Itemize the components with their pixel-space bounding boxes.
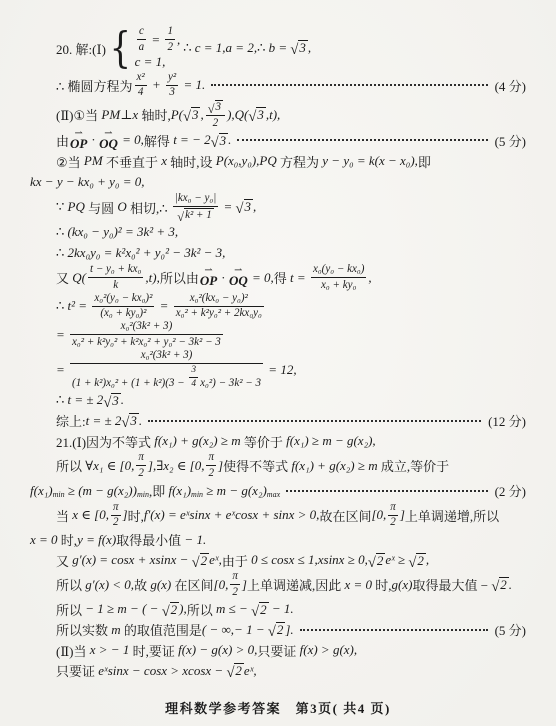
radical-sign-icon: √ — [192, 557, 200, 569]
math-run: 2 — [208, 468, 214, 480]
math-run: x₀ + ky₀ — [321, 280, 356, 292]
score-label: (5 分) — [495, 620, 526, 639]
math-run: · — [218, 270, 228, 286]
sqrt-radical: √3 — [208, 100, 223, 113]
fraction-numerator: π — [388, 502, 398, 514]
text-run: 所以 — [56, 600, 85, 619]
text-run: 在区间 — [171, 575, 213, 594]
radicand: 2 — [170, 602, 180, 617]
text-run: ②当 — [56, 152, 84, 171]
q20-tangency: ∵ PQ 与圆 O 相切,∴ |kx₀ − y₀|√k² + 1 = √3, — [30, 193, 526, 222]
math-run: eˣ, — [209, 552, 222, 568]
text-run: 时, — [372, 575, 392, 594]
text-run: 轴时,设 — [167, 152, 216, 171]
text-run: 又 — [56, 268, 72, 287]
math-run: x₀(y₀ − kx₀) — [313, 264, 364, 276]
sqrt-radical: √2 — [226, 663, 243, 678]
text-run: 取得最大值 − — [412, 575, 491, 594]
q21-forall-exists: 所以 ∀x₁ ∈ [0,π2],∃x₂ ∈ [0,π2]使得不等式 f(x₁) … — [30, 452, 526, 479]
math-run: . — [228, 132, 231, 148]
radicand: k² + 1 — [184, 208, 214, 221]
math-run: 2 — [171, 602, 178, 617]
radical-sign-icon: √ — [236, 203, 244, 215]
text-run: 所以实数 — [56, 620, 111, 639]
vector-name: OQ — [99, 137, 118, 151]
score-label: (4 分) — [495, 76, 526, 95]
radical-sign-icon: √ — [226, 667, 234, 679]
text-run: ∴ — [56, 298, 68, 314]
math-run: Q( — [72, 270, 86, 286]
math-run: = — [148, 32, 163, 48]
text-run: 只要证 — [257, 641, 299, 660]
dotted-leader — [148, 420, 481, 422]
radicand: 3 — [191, 107, 201, 122]
math-run: 3 — [299, 40, 306, 55]
math-run: . — [121, 392, 124, 408]
math-run: = — [156, 298, 171, 314]
fraction-numerator: |kx₀ − y₀| — [173, 193, 218, 205]
math-run: f′(x) = eˣsinx + eˣcosx + sinx > 0, — [144, 507, 320, 523]
radicand: 2 — [259, 602, 269, 617]
score-label: (12 分) — [488, 411, 526, 430]
math-run: t = ± 2 — [86, 413, 122, 429]
math-run: x₀² + k²y₀² + 2kx₀y₀ — [176, 308, 262, 320]
q20-t-value: ∴ t = ± 2√3. — [30, 391, 526, 410]
math-run: , — [177, 32, 180, 48]
vector-name: OP — [200, 274, 217, 288]
math-run: 1 — [167, 26, 173, 38]
text-run: 综上: — [56, 411, 86, 430]
q21-f-derivative: 当 x ∈ [0,π2]时,f′(x) = eˣsinx + eˣcosx + … — [30, 502, 526, 529]
math-run: 2 — [377, 553, 384, 568]
fraction-denominator: x₀² + k²y₀² + k²x₀² + y₀² − 3k² − 3 — [70, 337, 223, 349]
math-run: PM — [84, 153, 103, 169]
math-run: f(x₁) + g(x₂) ≥ m — [154, 433, 240, 449]
math-run: − 1. — [269, 601, 294, 617]
math-run: 2 — [213, 118, 219, 130]
fraction-numerator: t − y₀ + kx₀ — [88, 264, 143, 276]
q20-t-squared-2: = x₀²(3k² + 3)x₀² + k²y₀² + k²x₀² + y₀² … — [30, 321, 526, 348]
math-fraction: √32 — [206, 100, 225, 129]
math-run: 3 — [216, 101, 222, 113]
vector-term: ⇀OP — [200, 268, 217, 288]
text-run: 所以由 — [160, 268, 199, 287]
math-run: g′(x) < 0, — [85, 577, 134, 593]
fraction-numerator: x₀²(y₀ − kx₀)² — [92, 293, 154, 305]
math-run: = 0, — [119, 132, 144, 148]
math-run: g(x) — [392, 577, 413, 593]
math-run: ,t), — [145, 270, 159, 286]
score-label: (2 分) — [495, 481, 526, 500]
math-run: 3 — [192, 107, 199, 122]
math-run: x > − 1 — [90, 642, 130, 658]
fraction-bar — [165, 39, 175, 40]
math-run: , — [253, 199, 256, 215]
sqrt-radical: √2 — [192, 553, 209, 568]
text-run: 由于 — [222, 551, 251, 570]
vector-term: ⇀OP — [70, 131, 87, 151]
fraction-denominator: 2 — [211, 118, 221, 130]
sqrt-radical: √3 — [183, 107, 200, 122]
q20-t-squared-1: ∴ t² = x₀²(y₀ − kx₀)²(x₀ + ky₀)² = x₀²(k… — [30, 293, 526, 320]
sqrt-radical: √2 — [251, 602, 268, 617]
cases-row: ca = 12, — [135, 26, 181, 53]
subscript: min — [191, 490, 203, 499]
radical-sign-icon: √ — [251, 606, 259, 618]
q21-f-min: x = 0 时,y = f(x)取得最小值 − 1. — [30, 530, 526, 549]
math-run: m ≤ − — [216, 601, 251, 617]
sqrt-radical: √3 — [290, 40, 307, 55]
text-run: 故 — [134, 575, 150, 594]
fraction-denominator: 2 — [165, 42, 175, 54]
fraction-denominator: 4 — [189, 380, 198, 390]
radical-sign-icon: √ — [248, 111, 256, 123]
vector-term: ⇀OQ — [229, 268, 248, 288]
math-run: 2 — [235, 663, 242, 678]
fraction-denominator: 4 — [136, 87, 146, 99]
fraction-denominator: 2 — [206, 468, 216, 480]
math-fraction: 12 — [165, 26, 175, 53]
fraction-bar — [189, 377, 198, 378]
math-run: 3 — [130, 413, 137, 428]
math-run: 2kx₀y₀ = k²x₀² + y₀² − 3k² − 3, — [68, 245, 226, 261]
math-fraction: x₀²(kx₀ − y₀)²x₀² + k²y₀² + 2kx₀y₀ — [174, 293, 264, 320]
text-run: ∴ — [56, 392, 68, 408]
text-run: 当 — [56, 506, 72, 525]
text-run: 轴时, — [138, 105, 171, 124]
math-run: c — [139, 26, 144, 38]
fraction-bar — [311, 277, 366, 278]
math-run: 2 — [167, 42, 173, 54]
score-label: (5 分) — [495, 131, 526, 150]
dotted-leader — [286, 490, 487, 492]
math-run: x₀² + k²y₀² + k²x₀² + y₀² − 3k² − 3 — [72, 337, 221, 349]
math-run: [0, — [214, 577, 229, 593]
dotted-leader — [300, 629, 488, 631]
vector-term: ⇀OQ — [99, 131, 118, 151]
text-run: ∴ — [257, 40, 269, 56]
text-run: 解得 — [144, 131, 173, 150]
subscript: max — [267, 490, 280, 499]
math-run: = — [56, 327, 68, 343]
math-run: 2 — [417, 553, 424, 568]
text-run: 上单调递增,所以 — [405, 506, 499, 525]
math-run: y − y₀ = k(x − x₀), — [322, 153, 418, 169]
radical-sign-icon: √ — [183, 111, 191, 123]
text-run: ∵ — [56, 199, 68, 215]
text-run: ,即 — [149, 481, 169, 500]
sqrt-radical: √3 — [248, 107, 265, 122]
fraction-numerator: x₀²(3k² + 3) — [119, 321, 175, 333]
text-run: 得 — [274, 268, 290, 287]
math-run: , — [200, 107, 203, 123]
math-run: PM — [101, 107, 120, 123]
math-fraction: |kx₀ − y₀|√k² + 1 — [173, 193, 218, 222]
sqrt-radical: √2 — [268, 622, 285, 637]
exam-answer-sheet: 20. 解:(Ⅰ){ca = 12,c = 1,∴ c = 1,a = 2,∴ … — [0, 0, 556, 726]
math-run: 3 — [220, 133, 227, 148]
math-run: eˣ, — [244, 663, 257, 679]
page-footer: 理科数学参考答案 第3页( 共4 页) — [0, 698, 556, 717]
math-run: π — [232, 571, 238, 583]
fraction-bar — [70, 363, 263, 364]
radical-sign-icon: √ — [208, 104, 215, 115]
math-run: ]. — [285, 622, 293, 638]
text-run: 上单调递减,因此 — [247, 575, 345, 594]
math-fraction: π2 — [230, 571, 240, 598]
math-run: 2 — [277, 622, 284, 637]
math-run: P( — [171, 107, 183, 123]
radicand: 2 — [376, 553, 386, 568]
math-run: c = 1,a = 2, — [195, 40, 257, 56]
q20-conclusion: 综上:t = ± 2√3.(12 分) — [30, 411, 526, 430]
math-run: ],∃x₂ ∈ [0, — [148, 458, 205, 474]
math-run: π — [138, 452, 144, 464]
subscript: min — [53, 490, 65, 499]
math-fraction: π2 — [388, 502, 398, 529]
math-run: ≥ m − g(x₂) — [203, 483, 267, 499]
radical-sign-icon: √ — [368, 557, 376, 569]
math-run: . — [139, 413, 142, 429]
math-fraction: x₀²(3k² + 3)(1 + k²)x₀² + (1 + k²)(3 − 3… — [70, 350, 263, 389]
math-run: . — [509, 577, 512, 593]
text-run: 的取值范围是 — [121, 620, 202, 639]
text-run: ⊥ — [120, 107, 132, 123]
fraction-denominator: (1 + k²)x₀² + (1 + k²)(3 − 34x₀²) − 3k² … — [70, 366, 263, 390]
text-run: 相切,∴ — [127, 198, 171, 217]
math-run: ( − ∞,− 1 − — [202, 622, 268, 638]
text-run: 方程为 — [277, 152, 323, 171]
fraction-denominator: k — [111, 280, 120, 292]
math-run: − 1 ≥ m − ( − — [85, 601, 161, 617]
radicand: 3 — [244, 199, 254, 214]
math-run: π — [113, 502, 119, 514]
sqrt-radical: √3 — [211, 133, 228, 148]
q20-case1-result: 由⇀OP · ⇀OQ = 0,解得 t = − 2√3.(5 分) — [30, 131, 526, 151]
math-run: f(x) > g(x), — [300, 642, 358, 658]
math-run: 3 — [112, 393, 119, 408]
math-run: = 1. — [180, 77, 205, 93]
math-run: P(x₀,y₀),PQ — [216, 153, 277, 169]
q20-part2-case2: ②当 PM 不垂直于 x 轴时,设 P(x₀,y₀),PQ 方程为 y − y₀… — [30, 152, 526, 171]
math-run: y = f(x) — [77, 532, 116, 548]
sqrt-radical: √2 — [491, 577, 508, 592]
math-run: 3 — [169, 87, 175, 99]
math-run: 2 — [390, 517, 396, 529]
sqrt-radical: √k² + 1 — [177, 208, 214, 221]
radicand: 2 — [276, 622, 286, 637]
q20-part1-given: 20. 解:(Ⅰ){ca = 12,c = 1,∴ c = 1,a = 2,∴ … — [30, 26, 526, 70]
math-run: t² = — [68, 298, 91, 314]
math-run: g(x) — [150, 577, 171, 593]
text-run: 时, — [128, 506, 144, 525]
text-run: (Ⅱ)当 — [56, 641, 90, 660]
radical-sign-icon: √ — [211, 137, 219, 149]
math-run: t = ± 2 — [68, 392, 104, 408]
math-run: 2 — [500, 577, 507, 592]
math-run: 3 — [191, 366, 196, 376]
math-run: 4 — [191, 380, 196, 390]
math-run: 2 — [201, 553, 208, 568]
cases-row: c = 1, — [135, 54, 166, 70]
math-run: ≥ (m − g(x₂)) — [65, 483, 137, 499]
math-run: PQ — [68, 199, 85, 215]
math-run: k² + 1 — [185, 209, 212, 221]
fraction-denominator: 2 — [388, 517, 398, 529]
radicand: 3 — [256, 107, 266, 122]
cases-rows: ca = 12,c = 1, — [135, 26, 181, 70]
radicand: 3 — [111, 393, 121, 408]
math-run: x ∈ [0, — [72, 507, 109, 523]
q21-min-max: f(x₁)min ≥ (m − g(x₂))min,即 f(x₁)min ≥ m… — [30, 481, 526, 500]
math-run: f(x₁) — [30, 483, 53, 499]
q20-t-squared-3: = x₀²(3k² + 3)(1 + k²)x₀² + (1 + k²)(3 −… — [30, 350, 526, 389]
math-fraction: x₀²(3k² + 3)x₀² + k²y₀² + k²x₀² + y₀² − … — [70, 321, 223, 348]
math-fraction: π2 — [206, 452, 216, 479]
sqrt-radical: √3 — [236, 199, 253, 214]
q20-squared: ∴ (kx₀ − y₀)² = 3k² + 3, — [30, 223, 526, 242]
math-run: ),Q( — [227, 107, 248, 123]
math-run: f(x₁) ≥ m − g(x₂), — [286, 433, 376, 449]
math-fraction: y²3 — [166, 72, 178, 99]
math-run: y² — [168, 72, 176, 84]
q20-point-q: 又 Q(t − y₀ + kx₀k,t),所以由⇀OP · ⇀OQ = 0,得 … — [30, 264, 526, 291]
math-run: 2 — [113, 517, 119, 529]
radical-sign-icon: √ — [162, 606, 170, 618]
math-run: = 0, — [249, 270, 274, 286]
math-run: 4 — [138, 87, 144, 99]
math-run: O — [117, 199, 126, 215]
radicand: 2 — [200, 553, 210, 568]
fraction-numerator: π — [111, 502, 121, 514]
sqrt-radical: √2 — [162, 602, 179, 617]
math-run: π — [208, 452, 214, 464]
text-run: 所以 — [56, 575, 85, 594]
fraction-numerator: 1 — [165, 26, 175, 38]
text-run: 使得不等式 — [223, 456, 291, 475]
math-run: − 1. — [184, 532, 206, 548]
math-run: (x₀ + ky₀)² — [100, 308, 146, 320]
text-run: ∴ — [56, 224, 68, 240]
math-run: π — [390, 502, 396, 514]
fraction-denominator: √k² + 1 — [175, 208, 216, 221]
text-run: 取得最小值 — [116, 530, 184, 549]
fraction-numerator: x₀²(kx₀ − y₀)² — [188, 293, 250, 305]
math-fraction: t − y₀ + kx₀k — [88, 264, 143, 291]
math-fraction: x²4 — [135, 72, 147, 99]
math-fraction: 34 — [189, 366, 198, 390]
fraction-denominator: 2 — [111, 517, 121, 529]
math-run: t = − 2 — [173, 132, 210, 148]
radicand: 3 — [298, 40, 308, 55]
radical-sign-icon: √ — [121, 417, 129, 429]
fraction-denominator: (x₀ + ky₀)² — [98, 308, 148, 320]
math-run: (1 + k²)x₀² + (1 + k²)(3 − — [72, 378, 187, 390]
text-run: ∴ — [183, 40, 195, 56]
math-run: 0 ≤ cosx ≤ 1,xsinx ≥ 0, — [251, 552, 368, 568]
text-run: 只要证 — [56, 661, 98, 680]
math-run: ,t), — [266, 107, 280, 123]
radicand: 3 — [219, 133, 229, 148]
math-run: [0, — [371, 507, 386, 523]
cases-system: {ca = 12,c = 1, — [107, 26, 180, 70]
text-run: 21.(Ⅰ)因为不等式 — [56, 432, 154, 451]
math-run: k — [113, 280, 118, 292]
math-fraction: x₀²(y₀ − kx₀)²(x₀ + ky₀)² — [92, 293, 154, 320]
q21-m-range: 所以实数 m 的取值范围是( − ∞,− 1 − √2].(5 分) — [30, 620, 526, 639]
text-run: 由 — [56, 131, 69, 150]
math-run: 2 — [138, 468, 144, 480]
radicand: 2 — [416, 553, 426, 568]
fraction-denominator: 2 — [230, 587, 240, 599]
math-run: ), — [179, 601, 187, 617]
q21-part1-equiv: 21.(Ⅰ)因为不等式 f(x₁) + g(x₂) ≥ m 等价于 f(x₁) … — [30, 432, 526, 451]
radicand: 2 — [499, 577, 509, 592]
fraction-numerator: x₀(y₀ − kx₀) — [311, 264, 366, 276]
fraction-numerator: c — [137, 26, 146, 38]
text-run: (Ⅱ)①当 — [56, 105, 101, 124]
fraction-denominator: x₀² + k²y₀² + 2kx₀y₀ — [174, 308, 264, 320]
math-run: m — [111, 622, 120, 638]
q20-ellipse-equation: ∴ 椭圆方程为x²4 + y²3 = 1.(4 分) — [30, 72, 526, 99]
math-run: 3 — [245, 199, 252, 214]
fraction-denominator: a — [137, 42, 147, 54]
math-run: x² — [137, 72, 145, 84]
fraction-bar — [137, 39, 147, 40]
text-run: 成立,等价于 — [378, 456, 450, 475]
fraction-numerator: 3 — [189, 366, 198, 376]
math-run: t = — [290, 270, 309, 286]
radicand: 3 — [129, 413, 139, 428]
math-fraction: x₀(y₀ − kx₀)x₀ + ky₀ — [311, 264, 366, 291]
text-run: ∴ — [56, 245, 68, 261]
fraction-numerator: √3 — [206, 100, 225, 113]
sqrt-radical: √3 — [121, 413, 138, 428]
math-run: x₀²(3k² + 3) — [141, 350, 193, 362]
document-body: 20. 解:(Ⅰ){ca = 12,c = 1,∴ c = 1,a = 2,∴ … — [30, 26, 526, 680]
math-run: eˣsinx − cosx > xcosx − — [98, 663, 226, 679]
q20-expanded: ∴ 2kx₀y₀ = k²x₀² + y₀² − 3k² − 3, — [30, 243, 526, 262]
math-run: x = 0 — [30, 532, 58, 548]
radicand: 2 — [234, 663, 244, 678]
math-run: , — [426, 552, 429, 568]
math-run: g′(x) = cosx + xsinx − — [72, 552, 191, 568]
math-run: kx − y − kx₀ + y₀ = 0, — [30, 174, 145, 190]
math-run: x₀²) − 3k² − 3 — [200, 378, 261, 390]
vector-name: OQ — [229, 274, 248, 288]
text-run: 又 — [56, 551, 72, 570]
math-run: t − y₀ + kx₀ — [90, 264, 141, 276]
radical-sign-icon: √ — [408, 557, 416, 569]
q21-part2-start: (Ⅱ)当 x > − 1 时,要证 f(x) − g(x) > 0,只要证 f(… — [30, 641, 526, 660]
fraction-numerator: π — [230, 571, 240, 583]
math-run: , — [368, 270, 371, 286]
math-run: x = 0 — [344, 577, 372, 593]
sqrt-radical: √2 — [368, 553, 385, 568]
radical-sign-icon: √ — [177, 212, 184, 223]
sqrt-radical: √2 — [408, 553, 425, 568]
text-run: 所以 — [56, 456, 85, 475]
dotted-leader — [237, 139, 487, 141]
q21-to-prove: 只要证 eˣsinx − cosx > xcosx − √2eˣ, — [30, 661, 526, 680]
text-run: 等价于 — [241, 432, 287, 451]
radical-sign-icon: √ — [103, 397, 111, 409]
radical-sign-icon: √ — [491, 581, 499, 593]
fraction-denominator: 2 — [136, 468, 146, 480]
subscript: min — [137, 490, 149, 499]
fraction-bar — [88, 277, 143, 278]
math-fraction: π2 — [136, 452, 146, 479]
